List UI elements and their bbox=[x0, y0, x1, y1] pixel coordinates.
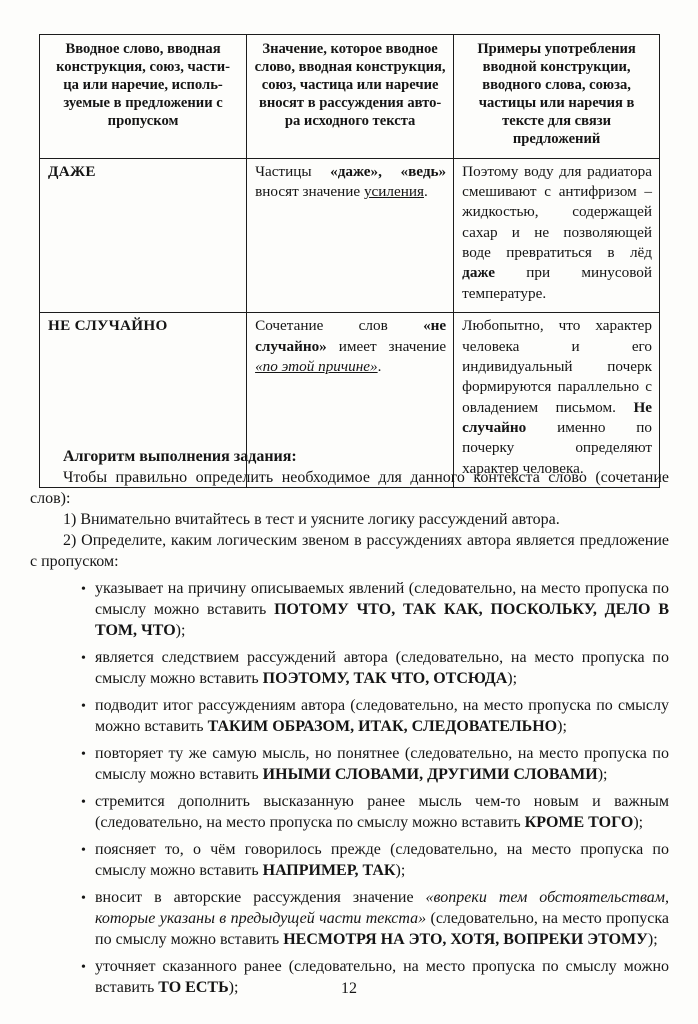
bullet-item: • подводит итог рассуждениям автора (сле… bbox=[30, 695, 669, 737]
bullet-icon: • bbox=[81, 579, 86, 600]
bullet-item: • вносит в авторские рассуждения значени… bbox=[30, 887, 669, 950]
bullet-text: подводит итог рассуждениям автора (следо… bbox=[95, 697, 669, 735]
bullet-list: • указывает на причину описываемых явлен… bbox=[30, 578, 669, 998]
bullet-icon: • bbox=[81, 648, 86, 669]
header-cell-word: Вводное слово, вводная конструкция, союз… bbox=[40, 35, 247, 159]
page-number: 12 bbox=[0, 980, 698, 998]
bullet-text: указывает на причину описываемых явлений… bbox=[95, 580, 669, 639]
bullet-icon: • bbox=[81, 888, 86, 909]
cell-meaning: Частицы «даже», «ведь» вносят значение у… bbox=[247, 158, 454, 313]
table-header-row: Вводное слово, вводная конструкция, союз… bbox=[40, 35, 660, 159]
bullet-icon: • bbox=[81, 696, 86, 717]
cell-keyword: ДАЖЕ bbox=[40, 158, 247, 313]
bullet-item: • указывает на причину описываемых явлен… bbox=[30, 578, 669, 641]
bullet-text: является следствием рассуждений автора (… bbox=[95, 649, 669, 687]
header-cell-examples: Примеры употребления вводной конструкции… bbox=[454, 35, 660, 159]
bullet-icon: • bbox=[81, 840, 86, 861]
header-cell-meaning: Значение, которое вводное слово, вводная… bbox=[247, 35, 454, 159]
bullet-text: поясняет то, о чём говорилось прежде (сл… bbox=[95, 841, 669, 879]
bullet-text: повторяет ту же самую мысль, но понятнее… bbox=[95, 745, 669, 783]
bullet-text: вносит в авторские рассуждения значение … bbox=[95, 889, 669, 948]
algorithm-section: Алгоритм выполнения задания: Чтобы прави… bbox=[30, 446, 669, 998]
intro-paragraph: Чтобы правильно определить необходимое д… bbox=[30, 467, 669, 509]
cell-example: Поэтому воду для радиатора смешивают с а… bbox=[454, 158, 660, 313]
algorithm-heading: Алгоритм выполнения задания: bbox=[30, 446, 669, 467]
table-row-dazhe: ДАЖЕ Частицы «даже», «ведь» вносят значе… bbox=[40, 158, 660, 313]
bullet-item: • является следствием рассуждений автора… bbox=[30, 647, 669, 689]
bullet-text: стремится дополнить высказанную ранее мы… bbox=[95, 793, 669, 831]
step-1: 1) Внимательно вчитайтесь в тест и уясни… bbox=[30, 509, 669, 530]
bullet-item: • стремится дополнить высказанную ранее … bbox=[30, 791, 669, 833]
bullet-item: • повторяет ту же самую мысль, но понятн… bbox=[30, 743, 669, 785]
document-page: Вводное слово, вводная конструкция, союз… bbox=[0, 0, 698, 1024]
bullet-icon: • bbox=[81, 957, 86, 978]
bullet-item: • поясняет то, о чём говорилось прежде (… bbox=[30, 839, 669, 881]
step-2: 2) Определите, каким логическим звеном в… bbox=[30, 530, 669, 572]
bullet-icon: • bbox=[81, 792, 86, 813]
vocab-table: Вводное слово, вводная конструкция, союз… bbox=[39, 34, 660, 488]
bullet-icon: • bbox=[81, 744, 86, 765]
